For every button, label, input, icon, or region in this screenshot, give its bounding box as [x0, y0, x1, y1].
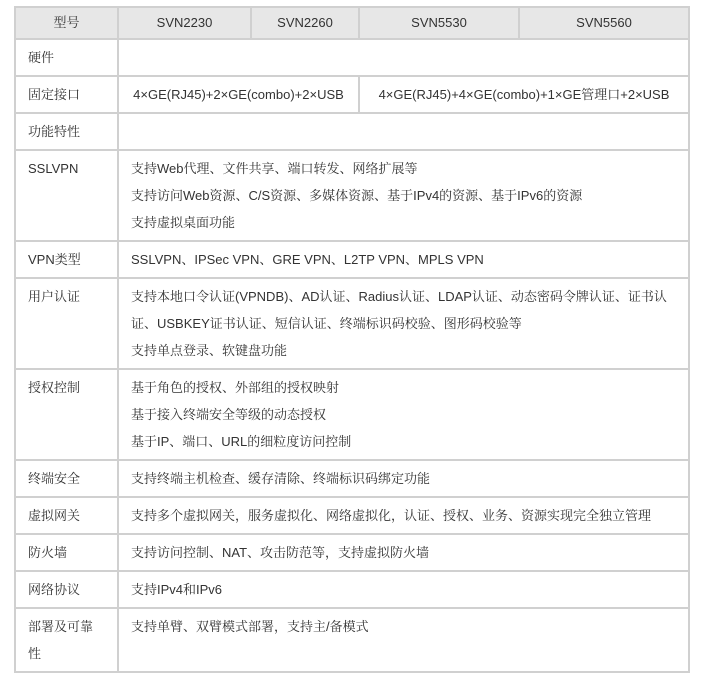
value-sslvpn: 支持Web代理、文件共享、端口转发、网络扩展等 支持访问Web资源、C/S资源、…: [118, 150, 689, 241]
value-hardware: [118, 39, 689, 76]
deployment-line-1: 支持单臂、双臂模式部署，支持主/备模式: [131, 613, 680, 640]
endpoint-security-line-1: 支持终端主机检查、缓存清除、终端标识码绑定功能: [131, 465, 680, 492]
row-virtual-gateway: 虚拟网关 支持多个虚拟网关，服务虚拟化、网络虚拟化，认证、授权、业务、资源实现完…: [15, 497, 689, 534]
value-fixed-interfaces-svn5530-5560: 4×GE(RJ45)+4×GE(combo)+1×GE管理口+2×USB: [359, 76, 689, 113]
label-vpn-types: VPN类型: [15, 241, 118, 278]
vpn-types-line-1: SSLVPN、IPSec VPN、GRE VPN、L2TP VPN、MPLS V…: [131, 246, 680, 273]
value-vpn-types: SSLVPN、IPSec VPN、GRE VPN、L2TP VPN、MPLS V…: [118, 241, 689, 278]
value-fixed-interfaces-svn2230-2260: 4×GE(RJ45)+2×GE(combo)+2×USB: [118, 76, 359, 113]
model-header-svn2230: SVN2230: [118, 7, 251, 39]
row-endpoint-security: 终端安全 支持终端主机检查、缓存清除、终端标识码绑定功能: [15, 460, 689, 497]
row-authorization: 授权控制 基于角色的授权、外部组的授权映射 基于接入终端安全等级的动态授权 基于…: [15, 369, 689, 460]
model-header-svn5530: SVN5530: [359, 7, 519, 39]
authorization-line-3: 基于IP、端口、URL的细粒度访问控制: [131, 428, 680, 455]
virtual-gateway-line-1: 支持多个虚拟网关，服务虚拟化、网络虚拟化，认证、授权、业务、资源实现完全独立管理: [131, 502, 680, 529]
value-user-auth: 支持本地口令认证(VPNDB)、AD认证、Radius认证、LDAP认证、动态密…: [118, 278, 689, 369]
row-hardware: 硬件: [15, 39, 689, 76]
value-network-protocol: 支持IPv4和IPv6: [118, 571, 689, 608]
label-virtual-gateway: 虚拟网关: [15, 497, 118, 534]
row-features-section: 功能特性: [15, 113, 689, 150]
sslvpn-line-3: 支持虚拟桌面功能: [131, 209, 680, 236]
header-row: 型号 SVN2230 SVN2260 SVN5530 SVN5560: [15, 7, 689, 39]
model-header-svn2260: SVN2260: [251, 7, 359, 39]
sslvpn-line-2: 支持访问Web资源、C/S资源、多媒体资源、基于IPv4的资源、基于IPv6的资…: [131, 182, 680, 209]
value-authorization: 基于角色的授权、外部组的授权映射 基于接入终端安全等级的动态授权 基于IP、端口…: [118, 369, 689, 460]
model-column-header: 型号: [15, 7, 118, 39]
row-sslvpn: SSLVPN 支持Web代理、文件共享、端口转发、网络扩展等 支持访问Web资源…: [15, 150, 689, 241]
label-endpoint-security: 终端安全: [15, 460, 118, 497]
label-network-protocol: 网络协议: [15, 571, 118, 608]
label-firewall: 防火墙: [15, 534, 118, 571]
sslvpn-line-1: 支持Web代理、文件共享、端口转发、网络扩展等: [131, 155, 680, 182]
authorization-line-2: 基于接入终端安全等级的动态授权: [131, 401, 680, 428]
user-auth-line-1: 支持本地口令认证(VPNDB)、AD认证、Radius认证、LDAP认证、动态密…: [131, 283, 680, 337]
label-hardware: 硬件: [15, 39, 118, 76]
row-vpn-types: VPN类型 SSLVPN、IPSec VPN、GRE VPN、L2TP VPN、…: [15, 241, 689, 278]
label-features-section: 功能特性: [15, 113, 118, 150]
authorization-line-1: 基于角色的授权、外部组的授权映射: [131, 374, 680, 401]
row-firewall: 防火墙 支持访问控制、NAT、攻击防范等，支持虚拟防火墙: [15, 534, 689, 571]
product-spec-table: 型号 SVN2230 SVN2260 SVN5530 SVN5560 硬件 固定…: [14, 6, 690, 673]
row-deployment-reliability: 部署及可靠性 支持单臂、双臂模式部署，支持主/备模式: [15, 608, 689, 672]
firewall-line-1: 支持访问控制、NAT、攻击防范等，支持虚拟防火墙: [131, 539, 680, 566]
label-deployment-reliability: 部署及可靠性: [15, 608, 118, 672]
label-user-auth: 用户认证: [15, 278, 118, 369]
label-sslvpn: SSLVPN: [15, 150, 118, 241]
row-user-auth: 用户认证 支持本地口令认证(VPNDB)、AD认证、Radius认证、LDAP认…: [15, 278, 689, 369]
model-header-svn5560: SVN5560: [519, 7, 689, 39]
label-authorization: 授权控制: [15, 369, 118, 460]
label-fixed-interfaces: 固定接口: [15, 76, 118, 113]
value-firewall: 支持访问控制、NAT、攻击防范等，支持虚拟防火墙: [118, 534, 689, 571]
row-network-protocol: 网络协议 支持IPv4和IPv6: [15, 571, 689, 608]
spec-page: 型号 SVN2230 SVN2260 SVN5530 SVN5560 硬件 固定…: [0, 0, 719, 697]
value-endpoint-security: 支持终端主机检查、缓存清除、终端标识码绑定功能: [118, 460, 689, 497]
row-fixed-interfaces: 固定接口 4×GE(RJ45)+2×GE(combo)+2×USB 4×GE(R…: [15, 76, 689, 113]
network-protocol-line-1: 支持IPv4和IPv6: [131, 576, 680, 603]
value-virtual-gateway: 支持多个虚拟网关，服务虚拟化、网络虚拟化，认证、授权、业务、资源实现完全独立管理: [118, 497, 689, 534]
user-auth-line-2: 支持单点登录、软键盘功能: [131, 337, 680, 364]
value-features-section: [118, 113, 689, 150]
value-deployment-reliability: 支持单臂、双臂模式部署，支持主/备模式: [118, 608, 689, 672]
